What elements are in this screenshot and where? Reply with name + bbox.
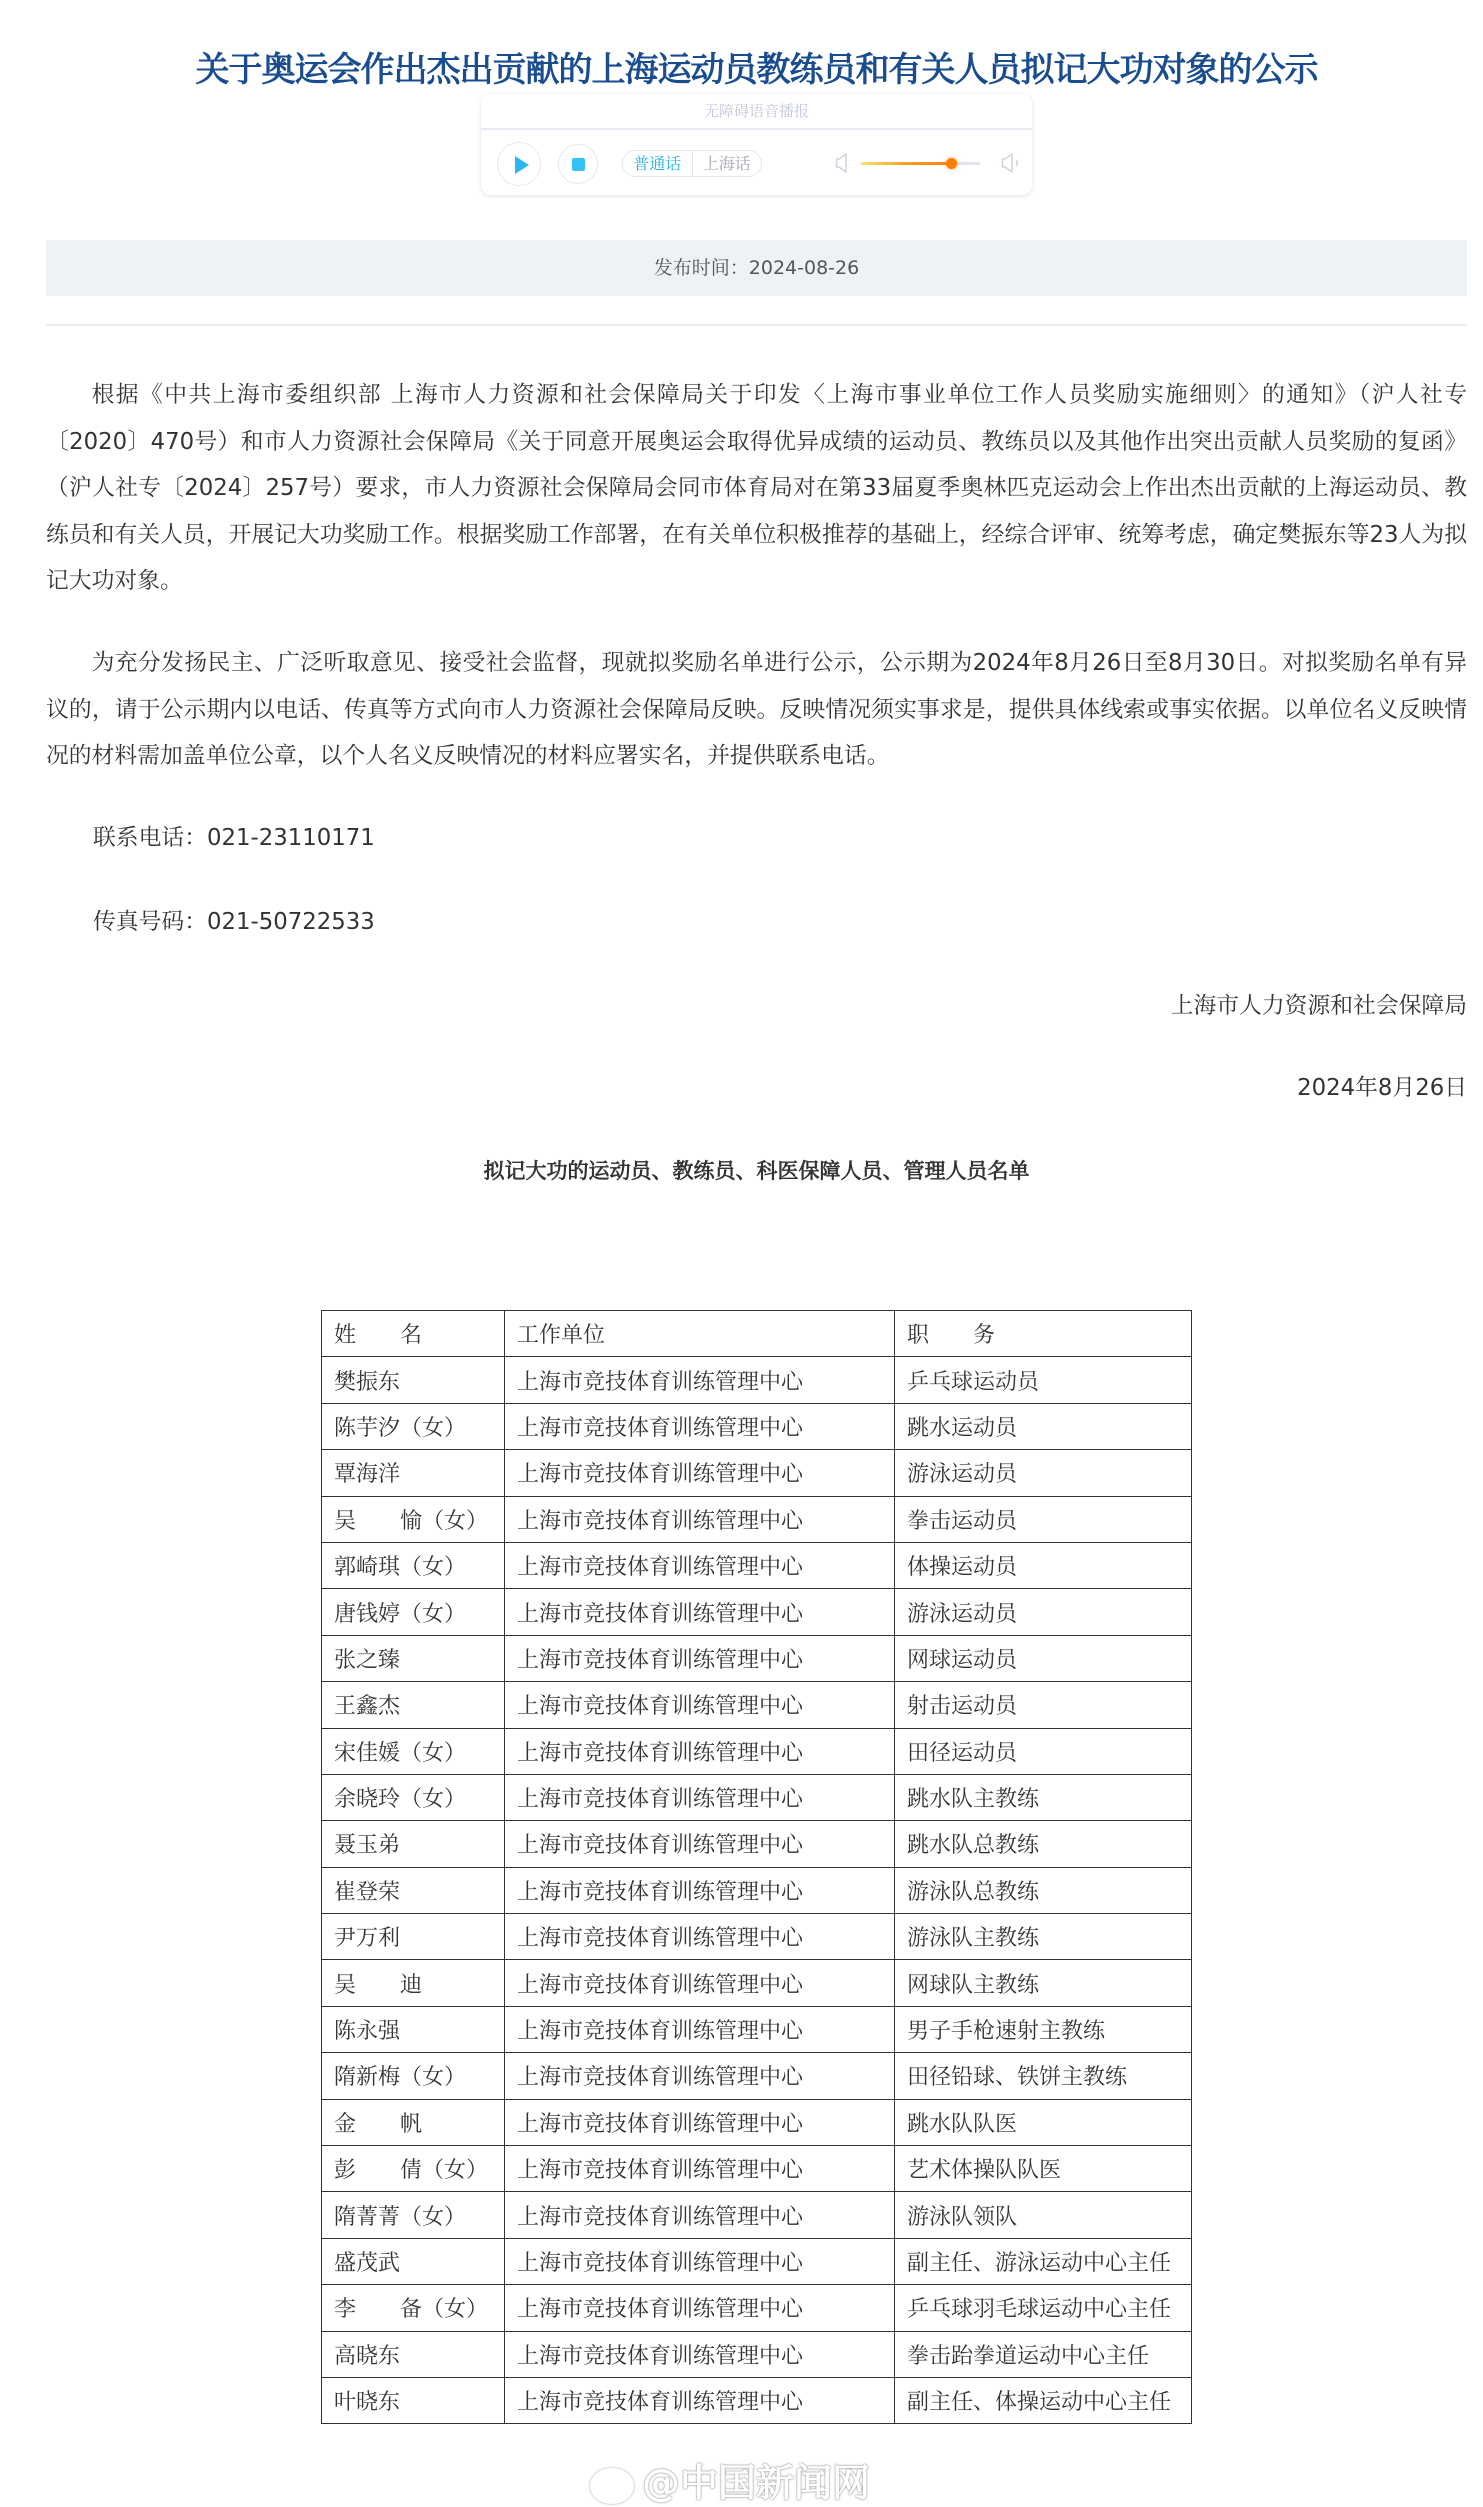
stop-button[interactable] xyxy=(558,144,598,184)
volume-knob[interactable] xyxy=(946,158,957,169)
name-cell: 崔登荣 xyxy=(322,1867,505,1913)
audio-player: 无障碍语音播报 普通话 上海话 xyxy=(481,94,1032,195)
table-row: 李 备（女）上海市竞技体育训练管理中心乒乓球羽毛球运动中心主任 xyxy=(322,2285,1192,2331)
table-row: 陈芋汐（女）上海市竞技体育训练管理中心跳水运动员 xyxy=(322,1403,1192,1449)
work-unit-cell: 上海市竞技体育训练管理中心 xyxy=(505,1682,895,1728)
volume-mute-icon[interactable] xyxy=(835,152,849,174)
table-row: 叶晓东上海市竞技体育训练管理中心副主任、体操运动中心主任 xyxy=(322,2377,1192,2423)
volume-fill xyxy=(861,162,951,165)
name-cell: 樊振东 xyxy=(322,1357,505,1403)
table-row: 隋新梅（女）上海市竞技体育训练管理中心田径铅球、铁饼主教练 xyxy=(322,2053,1192,2099)
work-unit-cell: 上海市竞技体育训练管理中心 xyxy=(505,1357,895,1403)
name-cell: 覃海洋 xyxy=(322,1450,505,1496)
table-row: 王鑫杰上海市竞技体育训练管理中心射击运动员 xyxy=(322,1682,1192,1728)
position-cell: 田径铅球、铁饼主教练 xyxy=(895,2053,1192,2099)
table-row: 余晓玲（女）上海市竞技体育训练管理中心跳水队主教练 xyxy=(322,1774,1192,1820)
work-unit-cell: 上海市竞技体育训练管理中心 xyxy=(505,1403,895,1449)
name-cell: 陈芋汐（女） xyxy=(322,1403,505,1449)
table-row: 金 帆上海市竞技体育训练管理中心跳水队队医 xyxy=(322,2099,1192,2145)
table-row: 吴 迪上海市竞技体育训练管理中心网球队主教练 xyxy=(322,1960,1192,2006)
work-unit-cell: 上海市竞技体育训练管理中心 xyxy=(505,1635,895,1681)
watermark-text: @中国新闻网 xyxy=(642,2461,870,2505)
language-shanghainese[interactable]: 上海话 xyxy=(693,151,762,176)
name-cell: 王鑫杰 xyxy=(322,1682,505,1728)
table-row: 郭崎琪（女）上海市竞技体育训练管理中心体操运动员 xyxy=(322,1542,1192,1588)
table-row: 吴 愉（女）上海市竞技体育训练管理中心拳击运动员 xyxy=(322,1496,1192,1542)
position-cell: 跳水队总教练 xyxy=(895,1821,1192,1867)
position-cell: 艺术体操队队医 xyxy=(895,2146,1192,2192)
name-cell: 彭 倩（女） xyxy=(322,2146,505,2192)
table-row: 陈永强上海市竞技体育训练管理中心男子手枪速射主教练 xyxy=(322,2006,1192,2052)
table-row: 宋佳媛（女）上海市竞技体育训练管理中心田径运动员 xyxy=(322,1728,1192,1774)
work-unit-cell: 上海市竞技体育训练管理中心 xyxy=(505,1496,895,1542)
position-cell: 男子手枪速射主教练 xyxy=(895,2006,1192,2052)
name-cell: 张之臻 xyxy=(322,1635,505,1681)
volume-slider[interactable] xyxy=(861,162,980,165)
paragraph-2: 为充分发扬民主、广泛听取意见、接受社会监督，现就拟奖励名单进行公示，公示期为20… xyxy=(46,640,1467,780)
position-cell: 射击运动员 xyxy=(895,1682,1192,1728)
work-unit-cell: 上海市竞技体育训练管理中心 xyxy=(505,1960,895,2006)
work-unit-cell: 上海市竞技体育训练管理中心 xyxy=(505,2006,895,2052)
language-toggle: 普通话 上海话 xyxy=(622,150,762,177)
name-cell: 唐钱婷（女） xyxy=(322,1589,505,1635)
name-cell: 隋菁菁（女） xyxy=(322,2192,505,2238)
roster-table: 姓 名工作单位职 务樊振东上海市竞技体育训练管理中心乒乓球运动员陈芋汐（女）上海… xyxy=(321,1310,1192,2424)
position-cell: 拳击运动员 xyxy=(895,1496,1192,1542)
position-cell: 职 务 xyxy=(895,1311,1192,1357)
name-cell: 隋新梅（女） xyxy=(322,2053,505,2099)
audio-player-header: 无障碍语音播报 xyxy=(481,94,1032,130)
name-cell: 李 备（女） xyxy=(322,2285,505,2331)
work-unit-cell: 上海市竞技体育训练管理中心 xyxy=(505,2053,895,2099)
position-cell: 游泳队总教练 xyxy=(895,1867,1192,1913)
table-row: 覃海洋上海市竞技体育训练管理中心游泳运动员 xyxy=(322,1450,1192,1496)
stop-icon xyxy=(572,158,585,171)
position-cell: 副主任、体操运动中心主任 xyxy=(895,2377,1192,2423)
volume-loud-icon[interactable] xyxy=(1001,152,1023,174)
issue-date: 2024年8月26日 xyxy=(46,1073,1467,1103)
table-row: 高晓东上海市竞技体育训练管理中心拳击跆拳道运动中心主任 xyxy=(322,2331,1192,2377)
fax-number: 传真号码：021-50722533 xyxy=(93,907,375,937)
divider xyxy=(46,324,1467,326)
position-cell: 田径运动员 xyxy=(895,1728,1192,1774)
name-cell: 吴 迪 xyxy=(322,1960,505,2006)
paragraph-1: 根据《中共上海市委组织部 上海市人力资源和社会保障局关于印发〈上海市事业单位工作… xyxy=(46,372,1467,605)
name-cell: 聂玉弟 xyxy=(322,1821,505,1867)
position-cell: 游泳运动员 xyxy=(895,1589,1192,1635)
table-row: 崔登荣上海市竞技体育训练管理中心游泳队总教练 xyxy=(322,1867,1192,1913)
work-unit-cell: 上海市竞技体育训练管理中心 xyxy=(505,1728,895,1774)
table-row: 盛茂武上海市竞技体育训练管理中心副主任、游泳运动中心主任 xyxy=(322,2238,1192,2284)
table-row: 张之臻上海市竞技体育训练管理中心网球运动员 xyxy=(322,1635,1192,1681)
position-cell: 游泳队领队 xyxy=(895,2192,1192,2238)
name-cell: 吴 愉（女） xyxy=(322,1496,505,1542)
position-cell: 跳水运动员 xyxy=(895,1403,1192,1449)
table-row: 聂玉弟上海市竞技体育训练管理中心跳水队总教练 xyxy=(322,1821,1192,1867)
position-cell: 拳击跆拳道运动中心主任 xyxy=(895,2331,1192,2377)
name-cell: 金 帆 xyxy=(322,2099,505,2145)
work-unit-cell: 上海市竞技体育训练管理中心 xyxy=(505,2099,895,2145)
work-unit-cell: 工作单位 xyxy=(505,1311,895,1357)
position-cell: 体操运动员 xyxy=(895,1542,1192,1588)
watermark: @中国新闻网 xyxy=(590,2452,870,2507)
table-row: 彭 倩（女）上海市竞技体育训练管理中心艺术体操队队医 xyxy=(322,2146,1192,2192)
work-unit-cell: 上海市竞技体育训练管理中心 xyxy=(505,1774,895,1820)
work-unit-cell: 上海市竞技体育训练管理中心 xyxy=(505,1821,895,1867)
work-unit-cell: 上海市竞技体育训练管理中心 xyxy=(505,1914,895,1960)
position-cell: 跳水队队医 xyxy=(895,2099,1192,2145)
position-cell: 游泳队主教练 xyxy=(895,1914,1192,1960)
work-unit-cell: 上海市竞技体育训练管理中心 xyxy=(505,1450,895,1496)
weibo-logo-icon xyxy=(590,2468,634,2504)
work-unit-cell: 上海市竞技体育训练管理中心 xyxy=(505,2192,895,2238)
name-cell: 陈永强 xyxy=(322,2006,505,2052)
name-cell: 尹万利 xyxy=(322,1914,505,1960)
table-title: 拟记大功的运动员、教练员、科医保障人员、管理人员名单 xyxy=(46,1156,1467,1186)
name-cell: 盛茂武 xyxy=(322,2238,505,2284)
table-row: 隋菁菁（女）上海市竞技体育训练管理中心游泳队领队 xyxy=(322,2192,1192,2238)
work-unit-cell: 上海市竞技体育训练管理中心 xyxy=(505,2146,895,2192)
article-title: 关于奥运会作出杰出贡献的上海运动员教练员和有关人员拟记大功对象的公示 xyxy=(46,47,1467,93)
name-cell: 余晓玲（女） xyxy=(322,1774,505,1820)
publish-time-bar: 发布时间：2024-08-26 xyxy=(46,240,1467,296)
position-cell: 游泳运动员 xyxy=(895,1450,1192,1496)
name-cell: 郭崎琪（女） xyxy=(322,1542,505,1588)
name-cell: 姓 名 xyxy=(322,1311,505,1357)
contact-phone: 联系电话：021-23110171 xyxy=(93,823,375,853)
position-cell: 副主任、游泳运动中心主任 xyxy=(895,2238,1192,2284)
position-cell: 网球运动员 xyxy=(895,1635,1192,1681)
table-row: 唐钱婷（女）上海市竞技体育训练管理中心游泳运动员 xyxy=(322,1589,1192,1635)
name-cell: 叶晓东 xyxy=(322,2377,505,2423)
table-row: 樊振东上海市竞技体育训练管理中心乒乓球运动员 xyxy=(322,1357,1192,1403)
play-button[interactable] xyxy=(497,142,541,186)
work-unit-cell: 上海市竞技体育训练管理中心 xyxy=(505,2377,895,2423)
name-cell: 宋佳媛（女） xyxy=(322,1728,505,1774)
play-icon xyxy=(515,156,529,174)
issuer: 上海市人力资源和社会保障局 xyxy=(46,991,1467,1021)
table-header-row: 姓 名工作单位职 务 xyxy=(322,1311,1192,1357)
work-unit-cell: 上海市竞技体育训练管理中心 xyxy=(505,1542,895,1588)
position-cell: 乒乓球羽毛球运动中心主任 xyxy=(895,2285,1192,2331)
work-unit-cell: 上海市竞技体育训练管理中心 xyxy=(505,2331,895,2377)
table-row: 尹万利上海市竞技体育训练管理中心游泳队主教练 xyxy=(322,1914,1192,1960)
work-unit-cell: 上海市竞技体育训练管理中心 xyxy=(505,2285,895,2331)
work-unit-cell: 上海市竞技体育训练管理中心 xyxy=(505,1867,895,1913)
position-cell: 网球队主教练 xyxy=(895,1960,1192,2006)
name-cell: 高晓东 xyxy=(322,2331,505,2377)
position-cell: 跳水队主教练 xyxy=(895,1774,1192,1820)
language-mandarin[interactable]: 普通话 xyxy=(623,151,693,176)
work-unit-cell: 上海市竞技体育训练管理中心 xyxy=(505,1589,895,1635)
position-cell: 乒乓球运动员 xyxy=(895,1357,1192,1403)
work-unit-cell: 上海市竞技体育训练管理中心 xyxy=(505,2238,895,2284)
